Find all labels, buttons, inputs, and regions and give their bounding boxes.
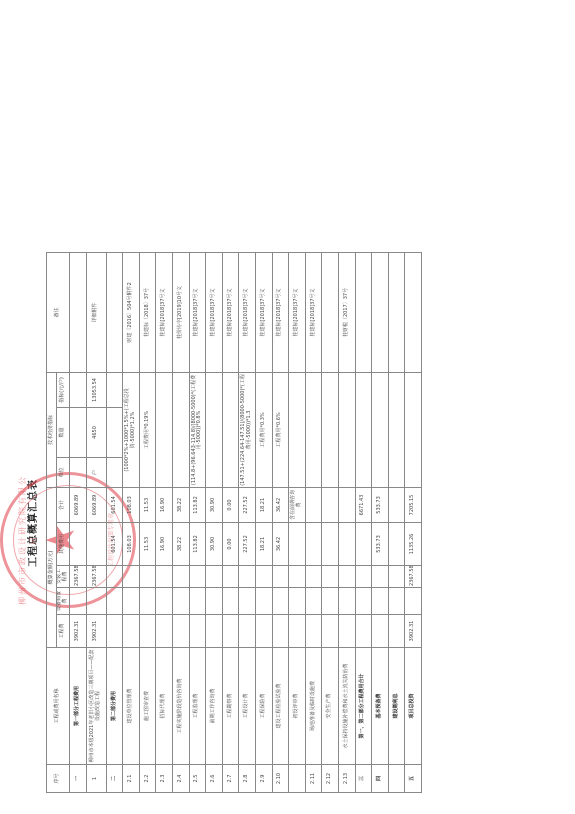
estimate-rows: 一第一部分工程费用3902.312367.586069.891柳州市本级2021… bbox=[70, 252, 422, 792]
header-no: 序号 bbox=[47, 765, 70, 793]
cell-no: 2.1 bbox=[123, 765, 140, 793]
cell-construction: 3902.31 bbox=[86, 615, 106, 648]
cell-unit bbox=[372, 372, 389, 487]
header-quantity: 数量 bbox=[57, 407, 70, 457]
cell-no: 2.7 bbox=[222, 765, 239, 793]
cell-indicator bbox=[106, 372, 123, 407]
cell-installation bbox=[206, 566, 223, 588]
cell-total: 含在前期咨询费 bbox=[289, 487, 306, 522]
document-title: 工程总概算汇总表 bbox=[22, 253, 46, 793]
cell-unit bbox=[172, 372, 189, 487]
cell-name: 建设单位管理费 bbox=[123, 648, 140, 765]
header-installation: 安装工程费 bbox=[57, 566, 70, 588]
cell-installation: 2367.58 bbox=[86, 566, 106, 588]
header-other: 其他费用 bbox=[57, 523, 70, 566]
cell-unit bbox=[405, 372, 422, 487]
cell-installation bbox=[239, 566, 256, 588]
cell-name: 第一部分工程费用 bbox=[70, 648, 87, 765]
header-construction: 工程费 bbox=[57, 615, 70, 648]
cell-total: 113.82 bbox=[189, 487, 206, 522]
cell-remark: 详细附件 bbox=[86, 252, 106, 372]
cell-no: 2.13 bbox=[338, 765, 355, 793]
table-row: 2.4工程实施阶段造价咨询费38.2238.22桂价协字[2019]10号文 bbox=[172, 252, 189, 792]
cell-equipment bbox=[372, 588, 389, 615]
cell-equipment bbox=[355, 588, 372, 615]
cell-equipment bbox=[322, 588, 339, 615]
cell-total: 7205.15 bbox=[405, 487, 422, 522]
cell-construction bbox=[189, 615, 206, 648]
cell-equipment bbox=[86, 588, 106, 615]
table-row: 2.10建设工程检验试验费36.4236.42工程费用*0.6%桂建标[2018… bbox=[272, 252, 289, 792]
cell-equipment bbox=[106, 588, 123, 615]
cell-remark: 桂建标[2018]37号文 bbox=[222, 252, 239, 372]
cell-name: 工程实施阶段造价咨询费 bbox=[172, 648, 189, 765]
cell-name: 施工图审查费 bbox=[139, 648, 156, 765]
cell-total: 11.53 bbox=[139, 487, 156, 522]
table-row: 建设期利息 bbox=[388, 252, 405, 792]
cell-equipment bbox=[222, 588, 239, 615]
cell-construction bbox=[388, 615, 405, 648]
cell-installation bbox=[305, 566, 322, 588]
table-row: 初设评审费含在前期咨询费桂建标[2018]37号文 bbox=[289, 252, 306, 792]
cell-installation bbox=[388, 566, 405, 588]
cell-construction bbox=[272, 615, 289, 648]
header-name: 工程或费用名称 bbox=[47, 648, 70, 765]
cell-construction bbox=[172, 615, 189, 648]
cell-name: 工程监理费 bbox=[189, 648, 206, 765]
cell-other bbox=[289, 523, 306, 566]
estimate-summary-sheet: 工程总概算汇总表 柳州市市政设计研究院有限公司 ★ 工程设计出图专用章 序号 工… bbox=[22, 253, 517, 793]
cell-equipment bbox=[139, 588, 156, 615]
cell-unit bbox=[222, 372, 239, 487]
cell-installation bbox=[372, 566, 389, 588]
cell-other bbox=[70, 523, 87, 566]
cell-other: 1135.26 bbox=[405, 523, 422, 566]
cell-total: 6069.89 bbox=[86, 487, 106, 522]
cell-remark: 桂建标[2018]37号文 bbox=[206, 252, 223, 372]
cell-no: 2.4 bbox=[172, 765, 189, 793]
cell-unit: (147.51+(224.64-147.51)/(8000-5000)*(工程费… bbox=[239, 372, 256, 487]
cell-other bbox=[388, 523, 405, 566]
header-remark: 备注 bbox=[47, 252, 70, 372]
cell-remark bbox=[355, 252, 372, 372]
cell-unit bbox=[206, 372, 223, 487]
table-row: 2.6前期工作咨询费30.9030.90桂建标[2018]37号文 bbox=[206, 252, 223, 792]
cell-other: 36.42 bbox=[272, 523, 289, 566]
cell-remark: 财建〔2016〕504号附件2 bbox=[123, 252, 140, 372]
cell-other bbox=[338, 523, 355, 566]
cell-name: 水土保持设施补偿费和水土流失防治费 bbox=[338, 648, 355, 765]
cell-total: 36.42 bbox=[272, 487, 289, 522]
cell-total bbox=[322, 487, 339, 522]
cell-installation bbox=[355, 566, 372, 588]
cell-installation bbox=[255, 566, 272, 588]
cell-other bbox=[355, 523, 372, 566]
cell-name: 项目总投资 bbox=[405, 648, 422, 765]
cell-other bbox=[305, 523, 322, 566]
cell-no: 2.2 bbox=[139, 765, 156, 793]
cell-name: 工程勘察费 bbox=[222, 648, 239, 765]
cell-construction bbox=[355, 615, 372, 648]
header-indicator: 指标(元/户) bbox=[57, 372, 70, 407]
cell-name: 建设工程检验试验费 bbox=[272, 648, 289, 765]
cell-equipment bbox=[338, 588, 355, 615]
table-row: 2.2施工图审查费11.5311.53工程费用*0.19%桂建标〔2018〕37… bbox=[139, 252, 156, 792]
cell-other: 601.54 bbox=[106, 523, 123, 566]
cell-name: 工程保险费 bbox=[255, 648, 272, 765]
cell-total bbox=[305, 487, 322, 522]
cell-no: 2.12 bbox=[322, 765, 339, 793]
cell-other: 38.22 bbox=[172, 523, 189, 566]
cell-quantity bbox=[106, 407, 123, 457]
cell-name: 场地准备及临时设施费 bbox=[305, 648, 322, 765]
cell-equipment bbox=[272, 588, 289, 615]
cell-unit bbox=[322, 372, 339, 487]
cell-unit bbox=[106, 457, 123, 487]
cell-remark bbox=[372, 252, 389, 372]
cell-unit: (114.8+(96.643-114.8)/(8000-5000)*(工程费用-… bbox=[189, 372, 206, 487]
table-row: 三第一、第二部分工程费用合计6671.43 bbox=[355, 252, 372, 792]
cell-other: 11.53 bbox=[139, 523, 156, 566]
cell-installation bbox=[272, 566, 289, 588]
cell-installation bbox=[123, 566, 140, 588]
table-row: 2.12安全生产费 bbox=[322, 252, 339, 792]
cell-installation bbox=[189, 566, 206, 588]
cell-installation: 2367.58 bbox=[405, 566, 422, 588]
estimate-table: 序号 工程或费用名称 概算金额(万元) 技术经济指标 备注 工程费 设备购置费 … bbox=[46, 252, 422, 793]
cell-no: 2.5 bbox=[189, 765, 206, 793]
cell-name: 基本预备费 bbox=[372, 648, 389, 765]
cell-unit bbox=[338, 372, 355, 487]
cell-remark bbox=[405, 252, 422, 372]
cell-unit: (1000*2%+1000*1.5%+(工程总投资-5000)*1.2% bbox=[123, 372, 140, 487]
cell-equipment bbox=[156, 588, 173, 615]
table-row: 2.11场地准备及临时设施费桂建标[2018]37号文 bbox=[305, 252, 322, 792]
cell-construction bbox=[372, 615, 389, 648]
cell-no: 一 bbox=[70, 765, 87, 793]
cell-installation bbox=[322, 566, 339, 588]
cell-remark: 桂建标〔2018〕37号 bbox=[139, 252, 156, 372]
cell-construction bbox=[255, 615, 272, 648]
table-row: 2.3招标代理费16.9016.90桂建标[2018]37号文 bbox=[156, 252, 173, 792]
cell-quantity bbox=[70, 407, 87, 457]
cell-no: 2.11 bbox=[305, 765, 322, 793]
cell-remark: 桂建标[2018]37号文 bbox=[289, 252, 306, 372]
cell-unit bbox=[70, 457, 87, 487]
table-row: 2.1建设单位管理费108.03108.03(1000*2%+1000*1.5%… bbox=[123, 252, 140, 792]
cell-name: 工程设计费 bbox=[239, 648, 256, 765]
cell-name: 安全生产费 bbox=[322, 648, 339, 765]
cell-other bbox=[86, 523, 106, 566]
header-tech-group: 技术经济指标 bbox=[47, 372, 57, 487]
cell-installation bbox=[338, 566, 355, 588]
cell-no bbox=[289, 765, 306, 793]
cell-construction bbox=[305, 615, 322, 648]
cell-construction bbox=[106, 615, 123, 648]
cell-unit bbox=[305, 372, 322, 487]
table-row: 四基本预备费533.73533.73 bbox=[372, 252, 389, 792]
cell-total: 601.54 bbox=[106, 487, 123, 522]
cell-other bbox=[322, 523, 339, 566]
cell-construction bbox=[322, 615, 339, 648]
cell-total bbox=[388, 487, 405, 522]
table-row: 2.8工程设计费227.52227.52(147.51+(224.64-147.… bbox=[239, 252, 256, 792]
cell-construction bbox=[239, 615, 256, 648]
cell-construction bbox=[156, 615, 173, 648]
cell-equipment bbox=[305, 588, 322, 615]
cell-no: 2.8 bbox=[239, 765, 256, 793]
cell-no: 2.6 bbox=[206, 765, 223, 793]
cell-total: 108.03 bbox=[123, 487, 140, 522]
cell-no: 二 bbox=[106, 765, 123, 793]
cell-total: 30.90 bbox=[206, 487, 223, 522]
cell-installation bbox=[139, 566, 156, 588]
header-unit: 单位 bbox=[57, 457, 70, 487]
cell-name: 柳州市本级2021年老旧小区改造三期项目——配套设施改造工程 bbox=[86, 648, 106, 765]
cell-installation bbox=[106, 566, 123, 588]
cell-total: 6069.89 bbox=[70, 487, 87, 522]
cell-total: 0.00 bbox=[222, 487, 239, 522]
cell-other: 18.21 bbox=[255, 523, 272, 566]
cell-total: 6671.43 bbox=[355, 487, 372, 522]
cell-remark bbox=[70, 252, 87, 372]
cell-equipment bbox=[123, 588, 140, 615]
cell-equipment bbox=[206, 588, 223, 615]
cell-construction bbox=[123, 615, 140, 648]
cell-unit bbox=[355, 372, 372, 487]
cell-remark bbox=[322, 252, 339, 372]
cell-no: 2.9 bbox=[255, 765, 272, 793]
cell-remark: 桂建标[2018]37号文 bbox=[156, 252, 173, 372]
cell-remark: 桂价协字[2019]10号文 bbox=[172, 252, 189, 372]
cell-installation bbox=[156, 566, 173, 588]
cell-installation: 2367.58 bbox=[70, 566, 87, 588]
cell-indicator: 13053.54 bbox=[86, 372, 106, 407]
table-row: 二第二部分费用601.54601.54 bbox=[106, 252, 123, 792]
table-row: 2.9工程保险费18.2118.21工程费用*0.3%桂建标[2018]37号文 bbox=[255, 252, 272, 792]
cell-other: 0.00 bbox=[222, 523, 239, 566]
cell-total: 227.52 bbox=[239, 487, 256, 522]
cell-total bbox=[338, 487, 355, 522]
cell-other: 227.52 bbox=[239, 523, 256, 566]
cell-equipment bbox=[172, 588, 189, 615]
cell-construction bbox=[289, 615, 306, 648]
cell-construction bbox=[222, 615, 239, 648]
cell-installation bbox=[289, 566, 306, 588]
cell-other: 16.90 bbox=[156, 523, 173, 566]
cell-construction: 3902.31 bbox=[70, 615, 87, 648]
header-total: 合计 bbox=[57, 487, 70, 522]
cell-equipment bbox=[189, 588, 206, 615]
cell-name: 招标代理费 bbox=[156, 648, 173, 765]
cell-no: 1 bbox=[86, 765, 106, 793]
cell-other: 113.82 bbox=[189, 523, 206, 566]
cell-other: 108.03 bbox=[123, 523, 140, 566]
cell-name: 第二部分费用 bbox=[106, 648, 123, 765]
cell-construction bbox=[338, 615, 355, 648]
cell-total: 533.73 bbox=[372, 487, 389, 522]
cell-remark: 桂建标[2018]37号文 bbox=[189, 252, 206, 372]
cell-construction bbox=[139, 615, 156, 648]
cell-unit: 户 bbox=[86, 457, 106, 487]
cell-unit: 工程费用*0.3% bbox=[255, 372, 272, 487]
cell-equipment bbox=[289, 588, 306, 615]
cell-other: 30.90 bbox=[206, 523, 223, 566]
table-row: 2.7工程勘察费0.000.00桂建标[2018]37号文 bbox=[222, 252, 239, 792]
cell-no: 三 bbox=[355, 765, 372, 793]
cell-remark: 桂建标[2018]37号文 bbox=[272, 252, 289, 372]
cell-equipment bbox=[255, 588, 272, 615]
cell-total: 18.21 bbox=[255, 487, 272, 522]
cell-indicator bbox=[70, 372, 87, 407]
cell-equipment bbox=[388, 588, 405, 615]
cell-name: 前期工作咨询费 bbox=[206, 648, 223, 765]
table-row: 2.5工程监理费113.82113.82(114.8+(96.643-114.8… bbox=[189, 252, 206, 792]
cell-construction: 3902.31 bbox=[405, 615, 422, 648]
cell-total: 16.90 bbox=[156, 487, 173, 522]
cell-name: 初设评审费 bbox=[289, 648, 306, 765]
cell-other: 533.73 bbox=[372, 523, 389, 566]
cell-no: 2.3 bbox=[156, 765, 173, 793]
table-row: 一第一部分工程费用3902.312367.586069.89 bbox=[70, 252, 87, 792]
cell-equipment bbox=[70, 588, 87, 615]
cell-no bbox=[388, 765, 405, 793]
cell-remark: 桂建标[2018]37号文 bbox=[255, 252, 272, 372]
header-estimate-group: 概算金额(万元) bbox=[47, 487, 57, 647]
cell-remark bbox=[388, 252, 405, 372]
cell-remark: 桂建标[2018]37号文 bbox=[239, 252, 256, 372]
cell-remark bbox=[106, 252, 123, 372]
cell-no: 四 bbox=[372, 765, 389, 793]
cell-name: 建设期利息 bbox=[388, 648, 405, 765]
cell-unit: 工程费用*0.19% bbox=[139, 372, 156, 487]
cell-unit bbox=[289, 372, 306, 487]
cell-installation bbox=[172, 566, 189, 588]
cell-no: 2.10 bbox=[272, 765, 289, 793]
table-row: 五项目总投资3902.312367.581135.267205.15 bbox=[405, 252, 422, 792]
table-row: 2.13水土保持设施补偿费和水土流失防治费桂财税〔2017〕37号 bbox=[338, 252, 355, 792]
cell-remark: 桂建标[2018]37号文 bbox=[305, 252, 322, 372]
cell-construction bbox=[206, 615, 223, 648]
cell-unit: 工程费用*0.6% bbox=[272, 372, 289, 487]
header-equipment: 设备购置费 bbox=[57, 588, 70, 615]
cell-remark: 桂财税〔2017〕37号 bbox=[338, 252, 355, 372]
cell-name: 第一、第二部分工程费用合计 bbox=[355, 648, 372, 765]
cell-unit bbox=[156, 372, 173, 487]
table-row: 1柳州市本级2021年老旧小区改造三期项目——配套设施改造工程3902.3123… bbox=[86, 252, 106, 792]
cell-no: 五 bbox=[405, 765, 422, 793]
cell-equipment bbox=[405, 588, 422, 615]
cell-equipment bbox=[239, 588, 256, 615]
cell-unit bbox=[388, 372, 405, 487]
cell-total: 38.22 bbox=[172, 487, 189, 522]
cell-installation bbox=[222, 566, 239, 588]
cell-quantity: 4650 bbox=[86, 407, 106, 457]
